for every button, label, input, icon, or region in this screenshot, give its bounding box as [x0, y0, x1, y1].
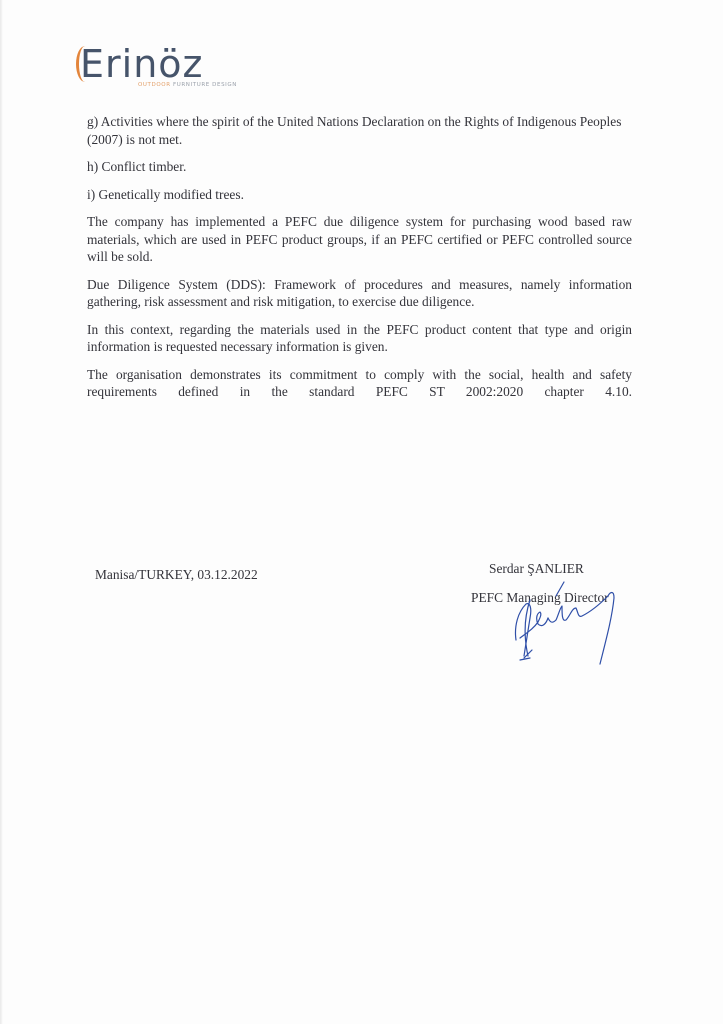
logo-e-mark: E [80, 42, 105, 86]
signature-icon [480, 578, 630, 673]
list-text: Genetically modified trees. [99, 187, 244, 202]
logo-tagline-accent: OUTDOOR [138, 82, 171, 88]
list-marker: h) [87, 159, 98, 174]
paragraph-commitment: The organisation demonstrates its commit… [87, 366, 632, 401]
list-marker: g) [87, 114, 98, 129]
list-item: g) Activities where the spirit of the Un… [87, 113, 632, 148]
signer-name: Serdar ŞANLIER [489, 561, 584, 577]
logo-arc-icon [76, 46, 94, 82]
scan-edge [0, 0, 3, 1024]
place-and-date: Manisa/TURKEY, 03.12.2022 [95, 567, 258, 583]
logo-letters: rinöz [105, 42, 203, 86]
logo-tagline: OUTDOOR FURNITURE DESIGN [138, 82, 237, 88]
list-text: Conflict timber. [102, 159, 187, 174]
paragraph-dds-definition: Due Diligence System (DDS): Framework of… [87, 276, 632, 311]
list-item: i) Genetically modified trees. [87, 186, 632, 204]
company-logo: E rinöz OUTDOOR FURNITURE DESIGN [80, 42, 250, 97]
logo-tagline-rest: FURNITURE DESIGN [173, 82, 237, 88]
list-text: Activities where the spirit of the Unite… [87, 114, 621, 147]
document-body: g) Activities where the spirit of the Un… [87, 113, 632, 411]
document-page: E rinöz OUTDOOR FURNITURE DESIGN g) Acti… [0, 0, 723, 1024]
paragraph-dds-implementation: The company has implemented a PEFC due d… [87, 213, 632, 266]
list-item: h) Conflict timber. [87, 158, 632, 176]
list-marker: i) [87, 187, 95, 202]
paragraph-material-info: In this context, regarding the materials… [87, 321, 632, 356]
logo-wordmark: E rinöz [80, 42, 203, 86]
